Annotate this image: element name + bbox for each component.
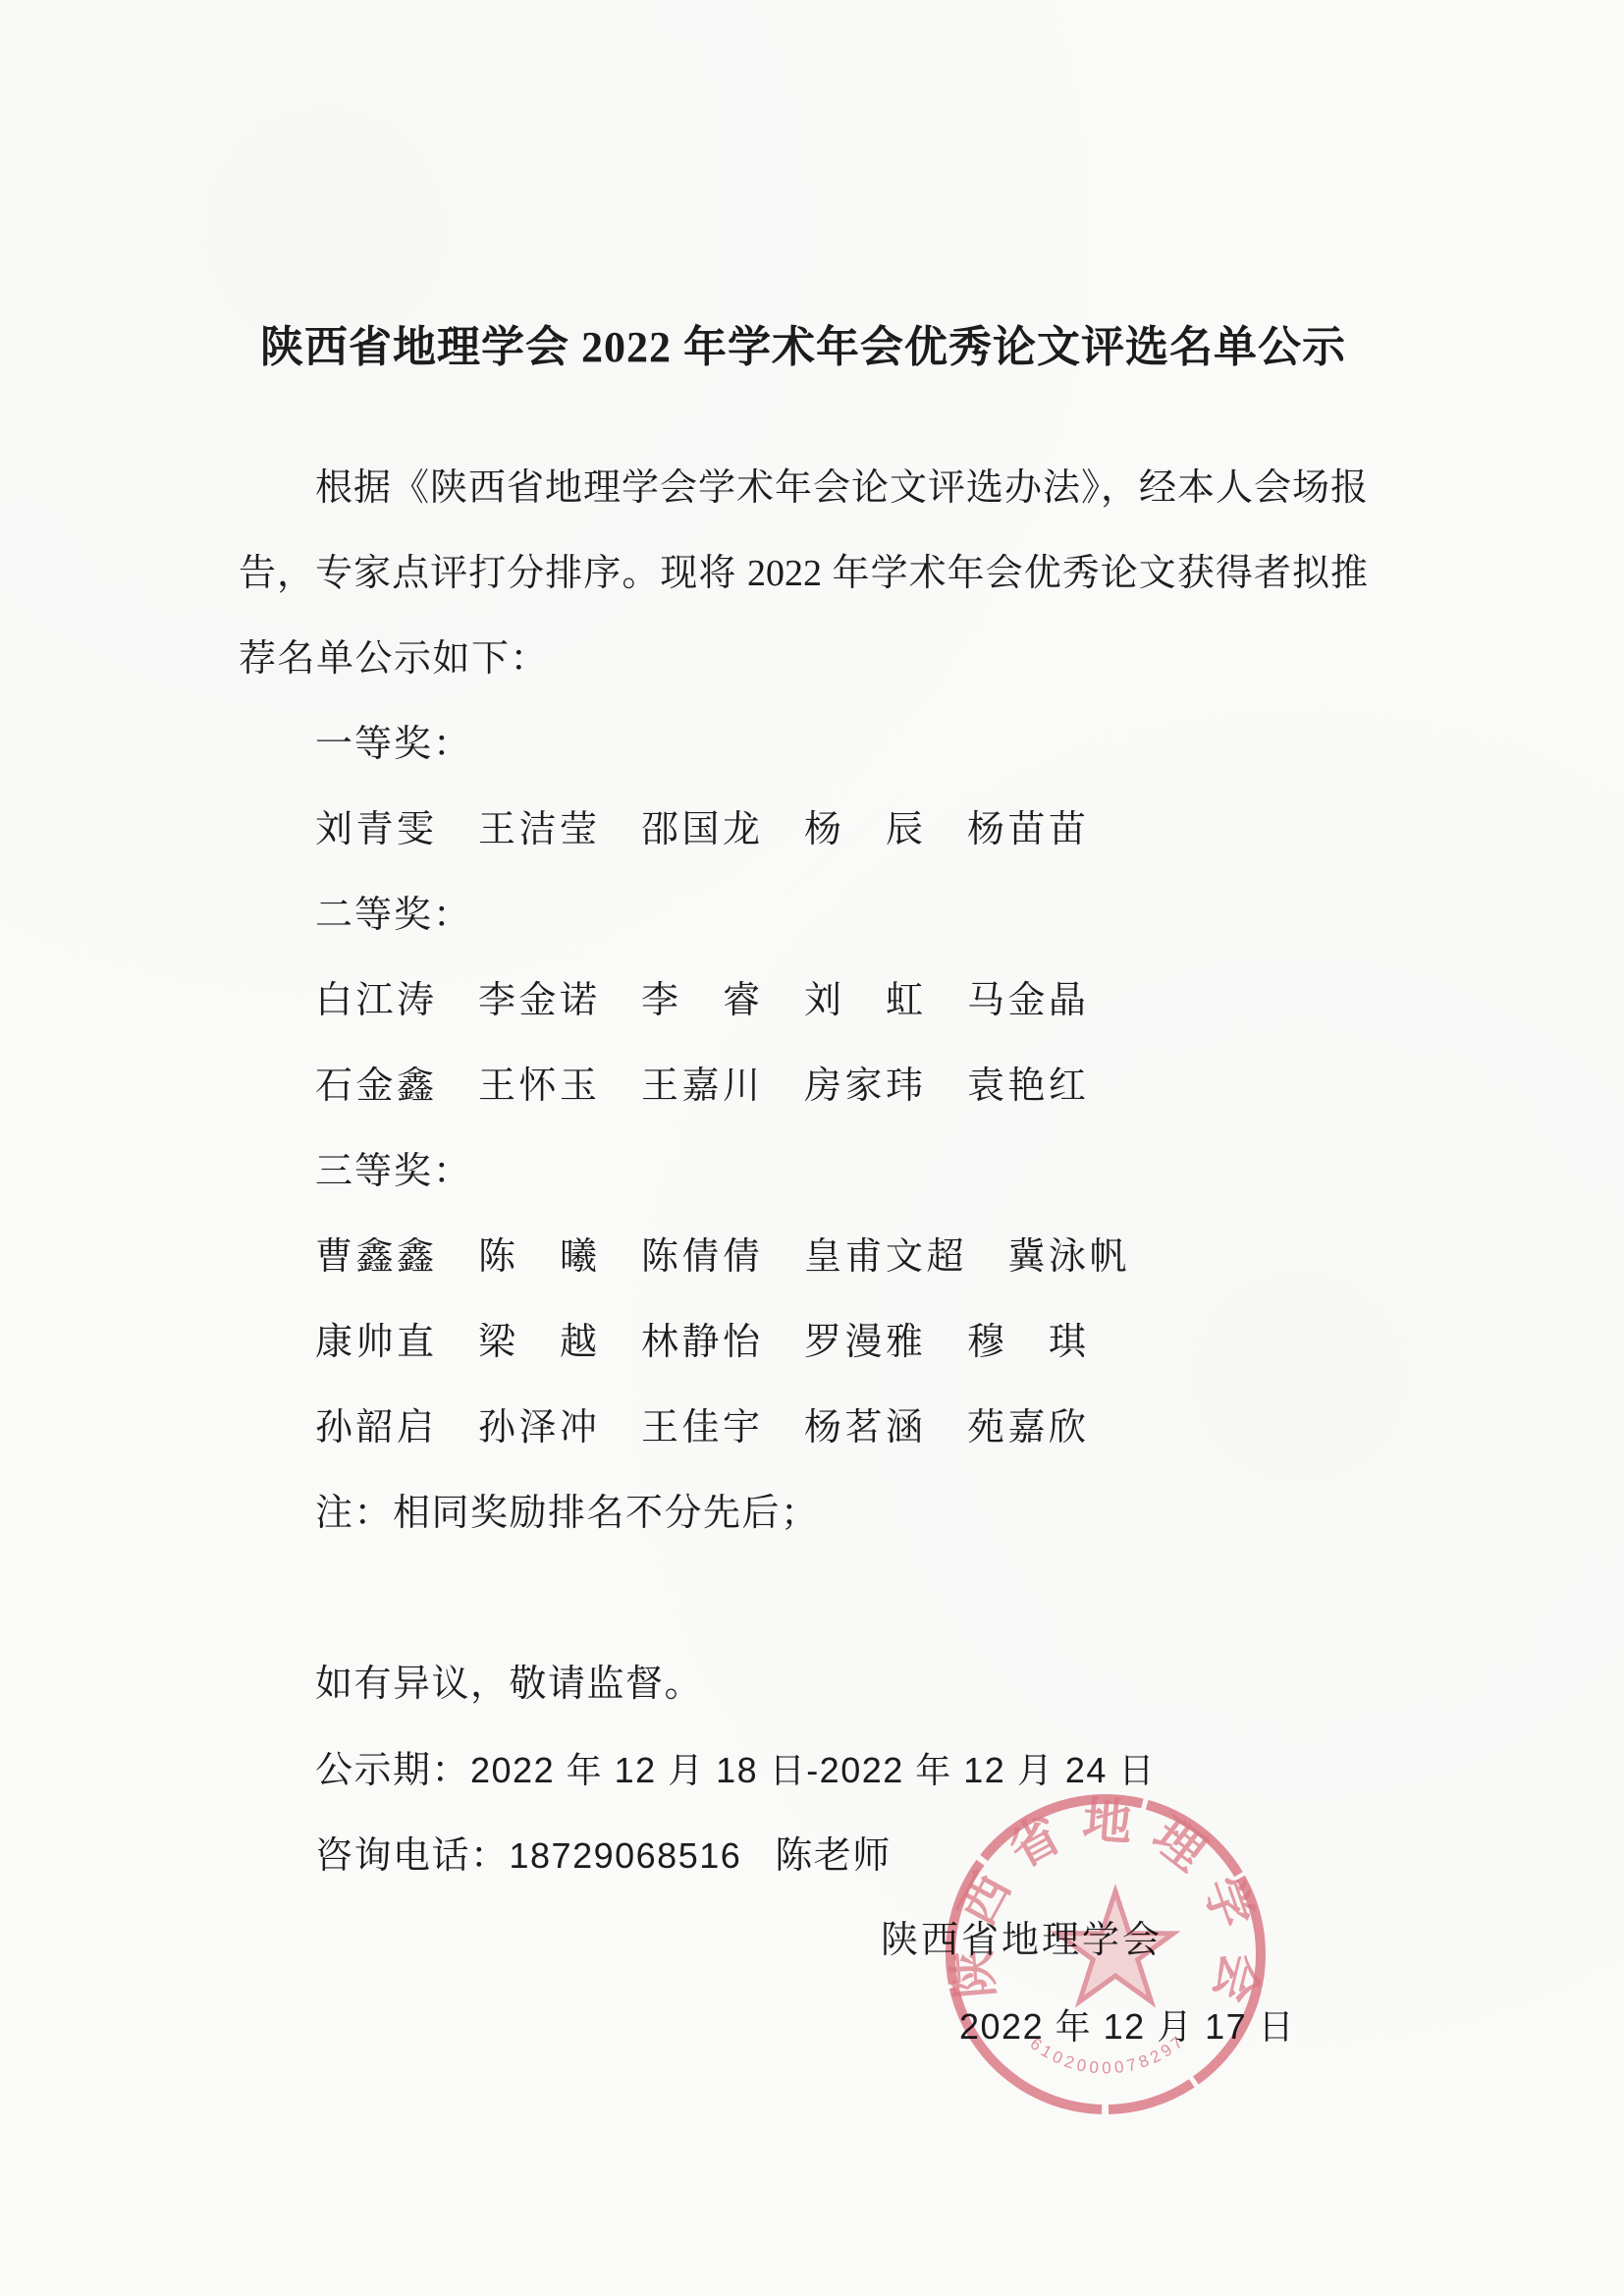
intro-paragraph-line-3: 荐名单公示如下： [239, 617, 1368, 702]
intro-paragraph-line-2: 告，专家点评打分排序。现将 2022 年学术年会优秀论文获得者拟推 [239, 531, 1368, 617]
stamp-arc-text-path: 陕西省地理学会 [944, 1792, 1270, 2025]
stamp-arc-text: 陕西省地理学会 [944, 1792, 1270, 2025]
award-third-prize-label: 三等奖： [239, 1129, 1368, 1215]
stamp-star-icon [1057, 1891, 1173, 2001]
award-second-prize-label: 二等奖： [239, 873, 1368, 958]
award-first-prize-winners: 刘青雯 王洁莹 邵国龙 杨 辰 杨苗苗 [239, 788, 1368, 873]
supervision-statement: 如有异议，敬请监督。 [239, 1642, 1368, 1727]
contact-person: 陈老师 [775, 1835, 892, 1877]
stamp-registration-code: 6102000078297 [1027, 2031, 1190, 2078]
award-second-prize-winners-row-2: 石金鑫 王怀玉 王嘉川 房家玮 袁艳红 [239, 1044, 1368, 1129]
intro-paragraph-line-1: 根据《陕西省地理学会学术年会论文评选办法》，经本人会场报 [239, 446, 1368, 531]
award-third-prize-winners-row-2: 康帅直 梁 越 林静怡 罗漫雅 穆 琪 [239, 1300, 1368, 1386]
award-third-prize-winners-row-1: 曹鑫鑫 陈 曦 陈倩倩 皇甫文超 冀泳帆 [239, 1215, 1368, 1300]
award-third-prize-winners-row-3: 孙韶启 孙泽冲 王佳宇 杨茗涵 苑嘉欣 [239, 1386, 1368, 1471]
official-red-seal-stamp: 陕西省地理学会 6102000078297 [929, 1777, 1282, 2131]
stamp-code-text-path: 6102000078297 [1027, 2031, 1190, 2078]
publicity-period-label: 公示期： [315, 1750, 470, 1791]
blank-line [239, 1557, 1368, 1642]
award-second-prize-winners-row-1: 白江涛 李金诺 李 睿 刘 虹 马金晶 [239, 958, 1368, 1044]
contact-phone-number: 18729068516 [510, 1835, 742, 1876]
scanned-document-page: 陕西省地理学会 2022 年学术年会优秀论文评选名单公示 根据《陕西省地理学会学… [0, 0, 1624, 2296]
document-title: 陕西省地理学会 2022 年学术年会优秀论文评选名单公示 [239, 304, 1368, 391]
award-first-prize-label: 一等奖： [239, 702, 1368, 788]
ranking-note: 注：相同奖励排名不分先后； [239, 1471, 1368, 1557]
contact-label: 咨询电话： [315, 1835, 510, 1877]
